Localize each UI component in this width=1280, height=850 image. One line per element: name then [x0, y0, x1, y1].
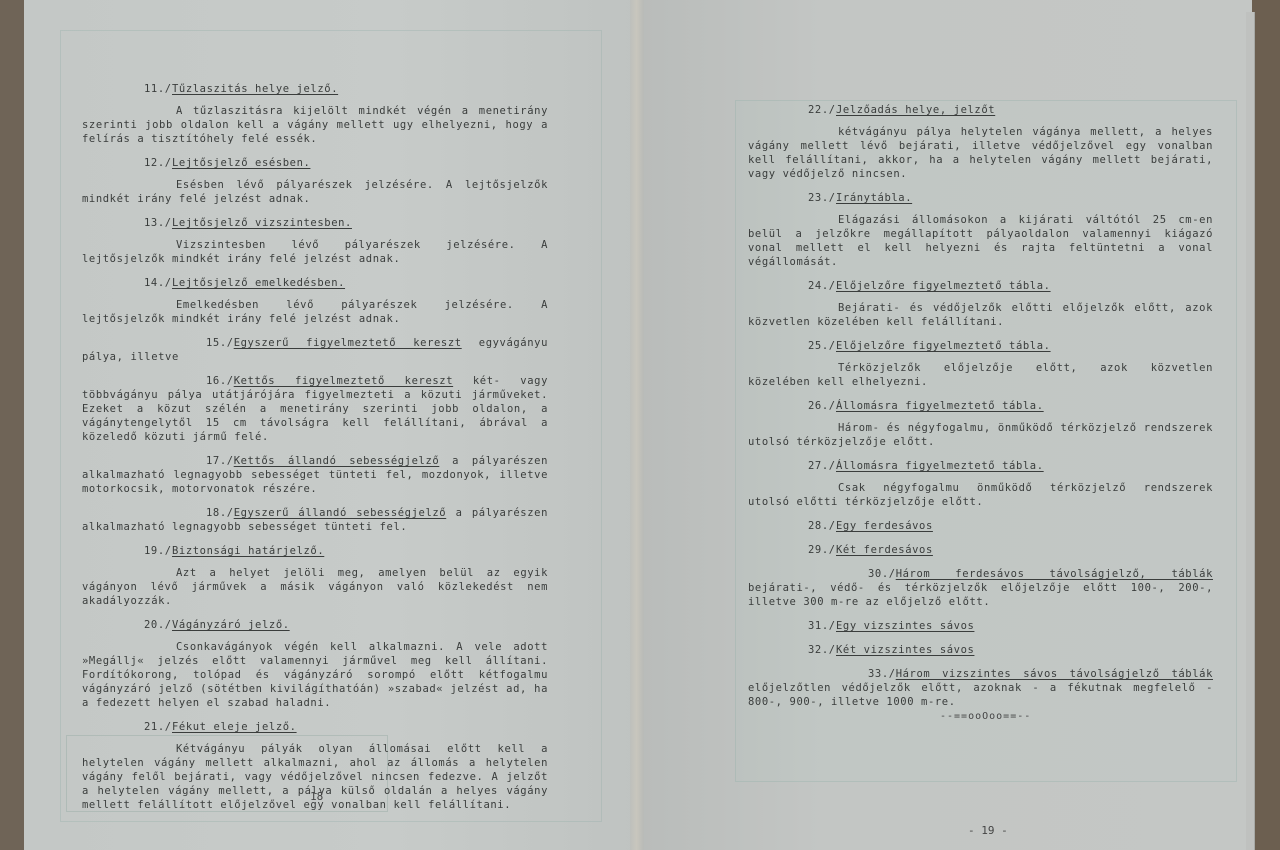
item-paragraph: Bejárati- és védőjelzők előtti előjelzők…: [748, 301, 1213, 329]
item-title: Kettős figyelmeztető kereszt: [234, 375, 453, 387]
list-item: 19./Biztonsági határjelző.Azt a helyet j…: [82, 544, 548, 608]
item-title: Kettős állandó sebességjelző: [234, 455, 440, 467]
list-item: 18./Egyszerű állandó sebességjelző a pál…: [82, 506, 548, 534]
item-paragraph: Vizszintesben lévő pályarészek jelzésére…: [82, 238, 548, 266]
item-title: Lejtősjelző vizszintesben.: [172, 217, 352, 229]
item-number: 18./: [144, 506, 234, 520]
item-heading: 16./Kettős figyelmeztető kereszt két- va…: [82, 374, 548, 444]
item-paragraph: Elágazási állomásokon a kijárati váltótó…: [748, 213, 1213, 269]
item-heading: 19./Biztonsági határjelző.: [82, 544, 548, 558]
item-title: Előjelzőre figyelmeztető tábla.: [836, 280, 1051, 292]
item-heading: 25./Előjelzőre figyelmeztető tábla.: [748, 339, 1213, 353]
item-title: Tűzlaszitás helye jelző.: [172, 83, 338, 95]
item-number: 11./: [144, 82, 172, 96]
item-title: Vágányzáró jelző.: [172, 619, 290, 631]
item-title: Egy ferdesávos: [836, 520, 933, 532]
item-number: 21./: [144, 720, 172, 734]
item-paragraph: Csonkavágányok végén kell alkalmazni. A …: [82, 640, 548, 710]
item-number: 27./: [808, 459, 836, 473]
item-number: 28./: [808, 519, 836, 533]
item-title: Egy vizszintes sávos: [836, 620, 974, 632]
list-item: 16./Kettős figyelmeztető kereszt két- va…: [82, 374, 548, 444]
item-paragraph: Azt a helyet jelöli meg, amelyen belül a…: [82, 566, 548, 608]
item-number: 23./: [808, 191, 836, 205]
list-item: 32./Két vizszintes sávos: [748, 643, 1213, 657]
item-heading: 11./Tűzlaszitás helye jelző.: [82, 82, 548, 96]
background-right: [1250, 0, 1280, 850]
item-title: Egyszerű figyelmeztető kereszt: [234, 337, 462, 349]
list-item: 12./Lejtősjelző esésben.Esésben lévő pál…: [82, 156, 548, 206]
item-heading: 22./Jelzőadás helye, jelzőt: [748, 103, 1213, 117]
item-title: Iránytábla.: [836, 192, 912, 204]
item-title: Fékut eleje jelző.: [172, 721, 297, 733]
item-title: Három ferdesávos távolságjelző, táblák: [896, 568, 1213, 580]
list-item: 27./Állomásra figyelmeztető tábla.Csak n…: [748, 459, 1213, 509]
list-item: 29./Két ferdesávos: [748, 543, 1213, 557]
item-heading: 15./Egyszerű figyelmeztető kereszt egyvá…: [82, 336, 548, 364]
list-item: 25./Előjelzőre figyelmeztető tábla.Térkö…: [748, 339, 1213, 389]
item-paragraph: Térközjelzők előjelzője előtt, azok közv…: [748, 361, 1213, 389]
item-number: 15./: [144, 336, 234, 350]
item-paragraph: Csak négyfogalmu önműködő térközjelző re…: [748, 481, 1213, 509]
item-heading: 20./Vágányzáró jelző.: [82, 618, 548, 632]
list-item: 13./Lejtősjelző vizszintesben.Vizszintes…: [82, 216, 548, 266]
page-number-right: - 19 -: [968, 824, 1008, 837]
item-paragraph: Esésben lévő pályarészek jelzésére. A le…: [82, 178, 548, 206]
item-number: 19./: [144, 544, 172, 558]
item-number: 16./: [144, 374, 234, 388]
book-gutter: [630, 0, 644, 850]
item-number: 14./: [144, 276, 172, 290]
list-item: 26./Állomásra figyelmeztető tábla.Három-…: [748, 399, 1213, 449]
item-number: 31./: [808, 619, 836, 633]
item-heading: 24./Előjelzőre figyelmeztető tábla.: [748, 279, 1213, 293]
item-paragraph: kétvágányu pálya helytelen vágánya melle…: [748, 125, 1213, 181]
item-number: 22./: [808, 103, 836, 117]
item-number: 26./: [808, 399, 836, 413]
item-number: 29./: [808, 543, 836, 557]
item-number: 32./: [808, 643, 836, 657]
item-inline-text: előjelzőtlen védőjelzők előtt, azoknak -…: [748, 682, 1213, 708]
item-title: Két vizszintes sávos: [836, 644, 974, 656]
item-title: Egyszerű állandó sebességjelző: [234, 507, 447, 519]
right-page-text: 22./Jelzőadás helye, jelzőtkétvágányu pá…: [748, 103, 1213, 719]
item-title: Két ferdesávos: [836, 544, 933, 556]
item-paragraph: Három- és négyfogalmu, önműködő térközje…: [748, 421, 1213, 449]
item-title: Lejtősjelző esésben.: [172, 157, 310, 169]
item-title: Jelzőadás helye, jelzőt: [836, 104, 995, 116]
page-number-left: 18: [310, 790, 323, 803]
item-title: Biztonsági határjelző.: [172, 545, 324, 557]
item-heading: 13./Lejtősjelző vizszintesben.: [82, 216, 548, 230]
item-number: 30./: [808, 567, 896, 581]
list-item: 24./Előjelzőre figyelmeztető tábla.Bejár…: [748, 279, 1213, 329]
item-heading: 27./Állomásra figyelmeztető tábla.: [748, 459, 1213, 473]
list-item: 15./Egyszerű figyelmeztető kereszt egyvá…: [82, 336, 548, 364]
list-item: 17./Kettős állandó sebességjelző a pálya…: [82, 454, 548, 496]
item-number: 20./: [144, 618, 172, 632]
item-number: 25./: [808, 339, 836, 353]
item-heading: 26./Állomásra figyelmeztető tábla.: [748, 399, 1213, 413]
list-item: 22./Jelzőadás helye, jelzőtkétvágányu pá…: [748, 103, 1213, 181]
item-heading: 29./Két ferdesávos: [748, 543, 1213, 557]
item-heading: 30./Három ferdesávos távolságjelző, tábl…: [748, 567, 1213, 609]
list-item: 14./Lejtősjelző emelkedésben.Emelkedésbe…: [82, 276, 548, 326]
item-heading: 23./Iránytábla.: [748, 191, 1213, 205]
item-paragraph: Emelkedésben lévő pályarészek jelzésére.…: [82, 298, 548, 326]
end-mark: --==ooOoo==--: [940, 711, 1031, 722]
item-paragraph: A tűzlaszitásra kijelölt mindkét végén a…: [82, 104, 548, 146]
item-title: Lejtősjelző emelkedésben.: [172, 277, 345, 289]
list-item: 11./Tűzlaszitás helye jelző.A tűzlaszitá…: [82, 82, 548, 146]
item-number: 33./: [808, 667, 896, 681]
item-title: Állomásra figyelmeztető tábla.: [836, 400, 1044, 412]
item-title: Állomásra figyelmeztető tábla.: [836, 460, 1044, 472]
item-number: 17./: [144, 454, 234, 468]
item-heading: 14./Lejtősjelző emelkedésben.: [82, 276, 548, 290]
list-item: 20./Vágányzáró jelző.Csonkavágányok végé…: [82, 618, 548, 710]
list-item: 28./Egy ferdesávos: [748, 519, 1213, 533]
item-number: 24./: [808, 279, 836, 293]
list-item: 33./Három vizszintes sávos távolságjelző…: [748, 667, 1213, 709]
list-item: 23./Iránytábla.Elágazási állomásokon a k…: [748, 191, 1213, 269]
item-heading: 33./Három vizszintes sávos távolságjelző…: [748, 667, 1213, 709]
item-number: 13./: [144, 216, 172, 230]
item-heading: 32./Két vizszintes sávos: [748, 643, 1213, 657]
item-heading: 21./Fékut eleje jelző.: [82, 720, 548, 734]
item-heading: 31./Egy vizszintes sávos: [748, 619, 1213, 633]
item-title: Előjelzőre figyelmeztető tábla.: [836, 340, 1051, 352]
list-item: 30./Három ferdesávos távolságjelző, tábl…: [748, 567, 1213, 609]
item-number: 12./: [144, 156, 172, 170]
item-inline-text: bejárati-, védő- és térközjelzők előjelz…: [748, 582, 1213, 608]
item-heading: 18./Egyszerű állandó sebességjelző a pál…: [82, 506, 548, 534]
item-heading: 17./Kettős állandó sebességjelző a pálya…: [82, 454, 548, 496]
item-title: Három vizszintes sávos távolságjelző táb…: [896, 668, 1213, 680]
list-item: 31./Egy vizszintes sávos: [748, 619, 1213, 633]
item-heading: 12./Lejtősjelző esésben.: [82, 156, 548, 170]
left-page-text: 11./Tűzlaszitás helye jelző.A tűzlaszitá…: [82, 82, 548, 822]
item-heading: 28./Egy ferdesávos: [748, 519, 1213, 533]
page-stack-edge: [1246, 12, 1254, 850]
